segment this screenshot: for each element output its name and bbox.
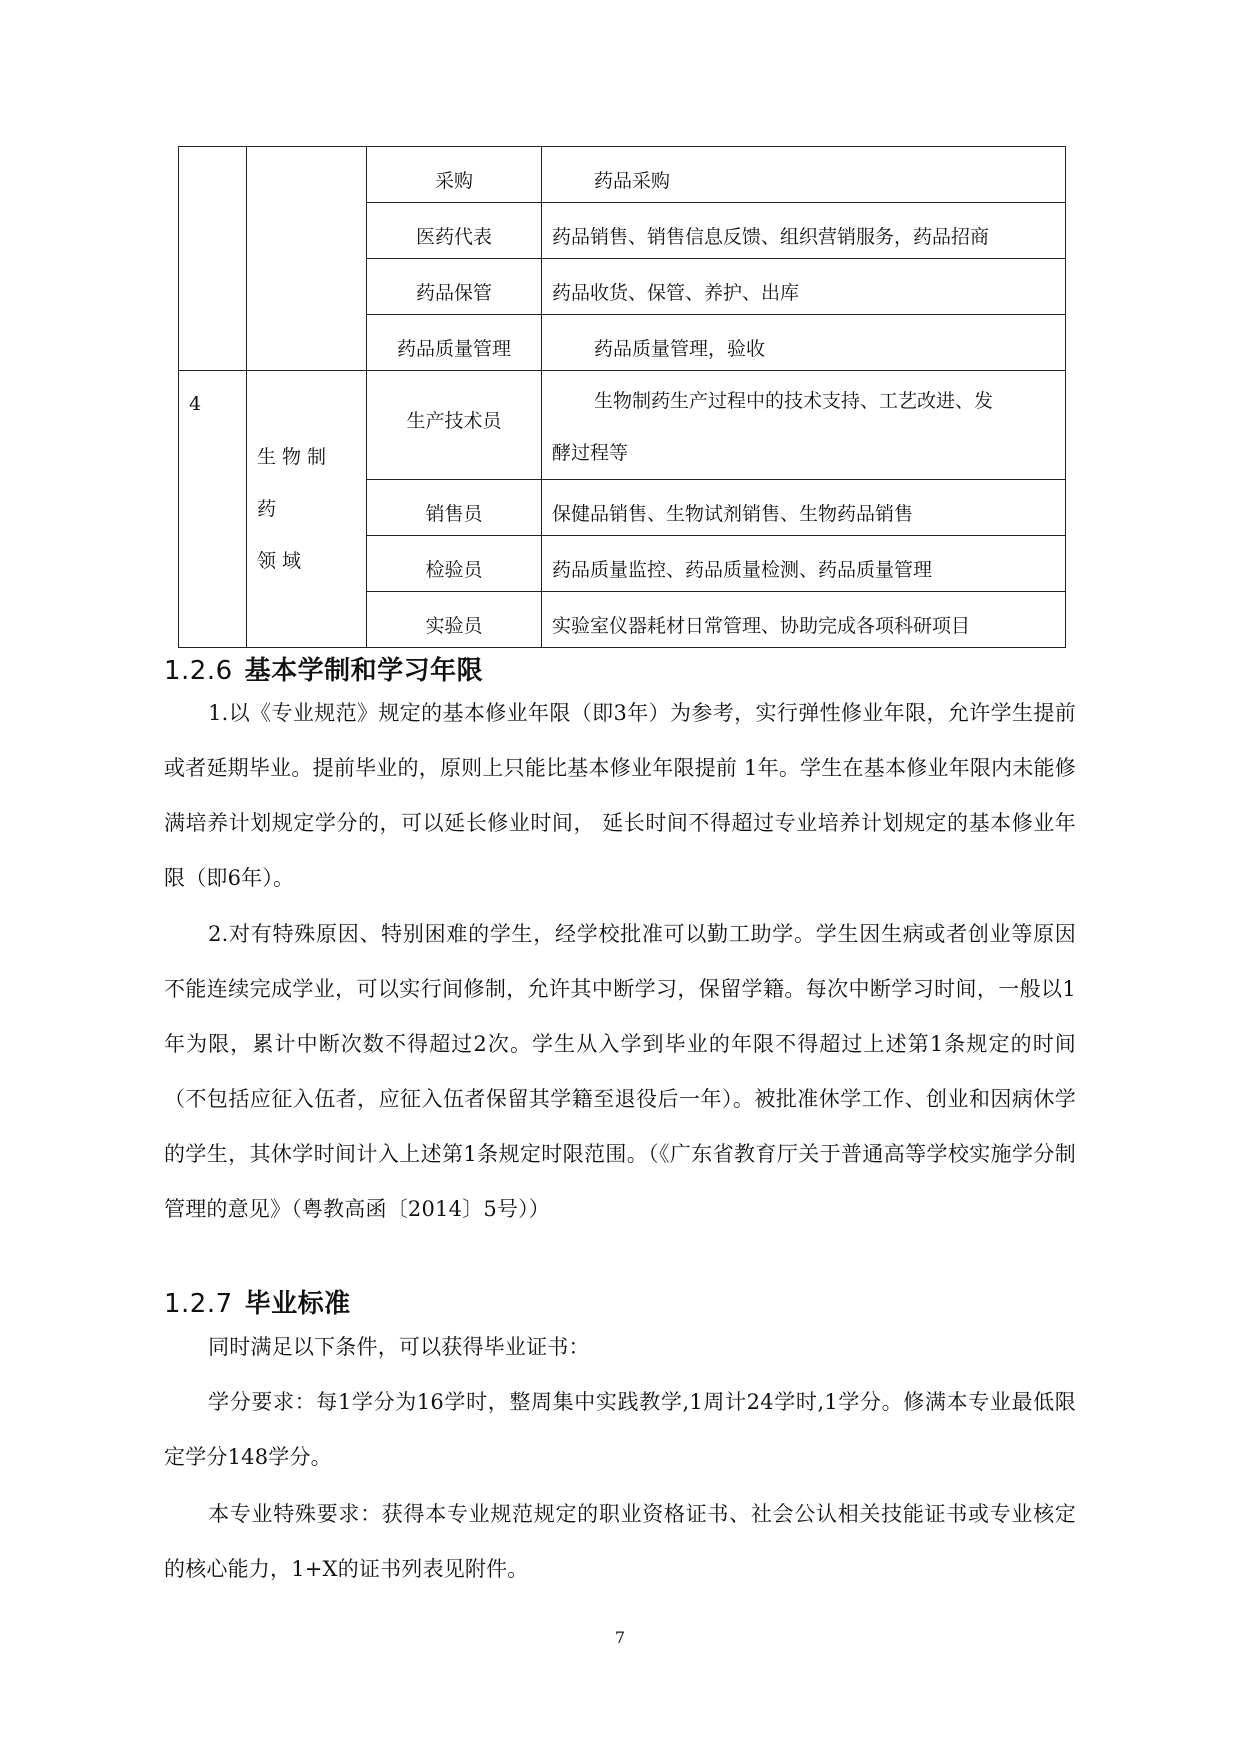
paragraph-suspension: 2.对有特殊原因、特别困难的学生，经学校批准可以勤工助学。学生因生病或者创业等原…	[164, 907, 1076, 1237]
table-cell-job: 生产技术员	[367, 371, 542, 480]
table-cell-job: 药品质量管理	[367, 315, 542, 371]
table-cell-job: 医药代表	[367, 203, 542, 259]
section-number: 1.2.6	[164, 656, 233, 686]
table-cell-job: 采购	[367, 147, 542, 203]
section-heading-1-2-6: 1.2.6基本学制和学习年限	[164, 650, 483, 687]
desc-line-2: 酵过程等	[552, 442, 628, 464]
field-line-1: 生物制药	[257, 446, 332, 520]
table-cell-desc: 保健品销售、生物试剂销售、生物药品销售	[542, 480, 1066, 536]
paragraph-credit-requirement: 学分要求：每1学分为16学时，整周集中实践教学,1周计24学时,1学分。修满本专…	[164, 1375, 1076, 1485]
table-cell-desc: 药品销售、销售信息反馈、组织营销服务，药品招商	[542, 203, 1066, 259]
table-cell-desc: 药品质量监控、药品质量检测、药品质量管理	[542, 536, 1066, 592]
section-title: 毕业标准	[245, 1289, 351, 1319]
table-cell-job: 实验员	[367, 592, 542, 648]
table-cell-job: 检验员	[367, 536, 542, 592]
table-cell-field	[247, 147, 367, 371]
table-cell-job: 药品保管	[367, 259, 542, 315]
career-table: 采购 药品采购 医药代表 药品销售、销售信息反馈、组织营销服务，药品招商 药品保…	[178, 146, 1066, 648]
section-number: 1.2.7	[164, 1289, 233, 1319]
field-line-2: 领域	[257, 550, 307, 572]
section-title: 基本学制和学习年限	[245, 656, 484, 686]
table-cell-desc: 药品采购	[542, 147, 1066, 203]
table-row: 4 生物制药 领域 生产技术员 生物制药生产过程中的技术支持、工艺改进、发 酵过…	[179, 371, 1066, 480]
page-number: 7	[0, 1628, 1240, 1647]
table-cell-desc: 药品收货、保管、养护、出库	[542, 259, 1066, 315]
table-cell-desc: 实验室仪器耗材日常管理、协助完成各项科研项目	[542, 592, 1066, 648]
paragraph-study-years: 1.以《专业规范》规定的基本修业年限（即3年）为参考，实行弹性修业年限，允许学生…	[164, 686, 1076, 906]
paragraph-conditions: 同时满足以下条件，可以获得毕业证书：	[164, 1320, 1076, 1375]
table-row: 采购 药品采购	[179, 147, 1066, 203]
desc-line-1: 生物制药生产过程中的技术支持、工艺改进、发	[552, 390, 993, 412]
paragraph-special-requirement: 本专业特殊要求：获得本专业规范规定的职业资格证书、社会公认相关技能证书或专业核定…	[164, 1487, 1076, 1597]
table-cell-num: 4	[179, 371, 247, 648]
table-cell-field: 生物制药 领域	[247, 371, 367, 648]
table-cell-num	[179, 147, 247, 371]
table-cell-desc: 生物制药生产过程中的技术支持、工艺改进、发 酵过程等	[542, 371, 1066, 480]
table-cell-job: 销售员	[367, 480, 542, 536]
section-heading-1-2-7: 1.2.7毕业标准	[164, 1283, 351, 1320]
table-cell-desc: 药品质量管理，验收	[542, 315, 1066, 371]
document-page: 采购 药品采购 医药代表 药品销售、销售信息反馈、组织营销服务，药品招商 药品保…	[0, 0, 1240, 1754]
